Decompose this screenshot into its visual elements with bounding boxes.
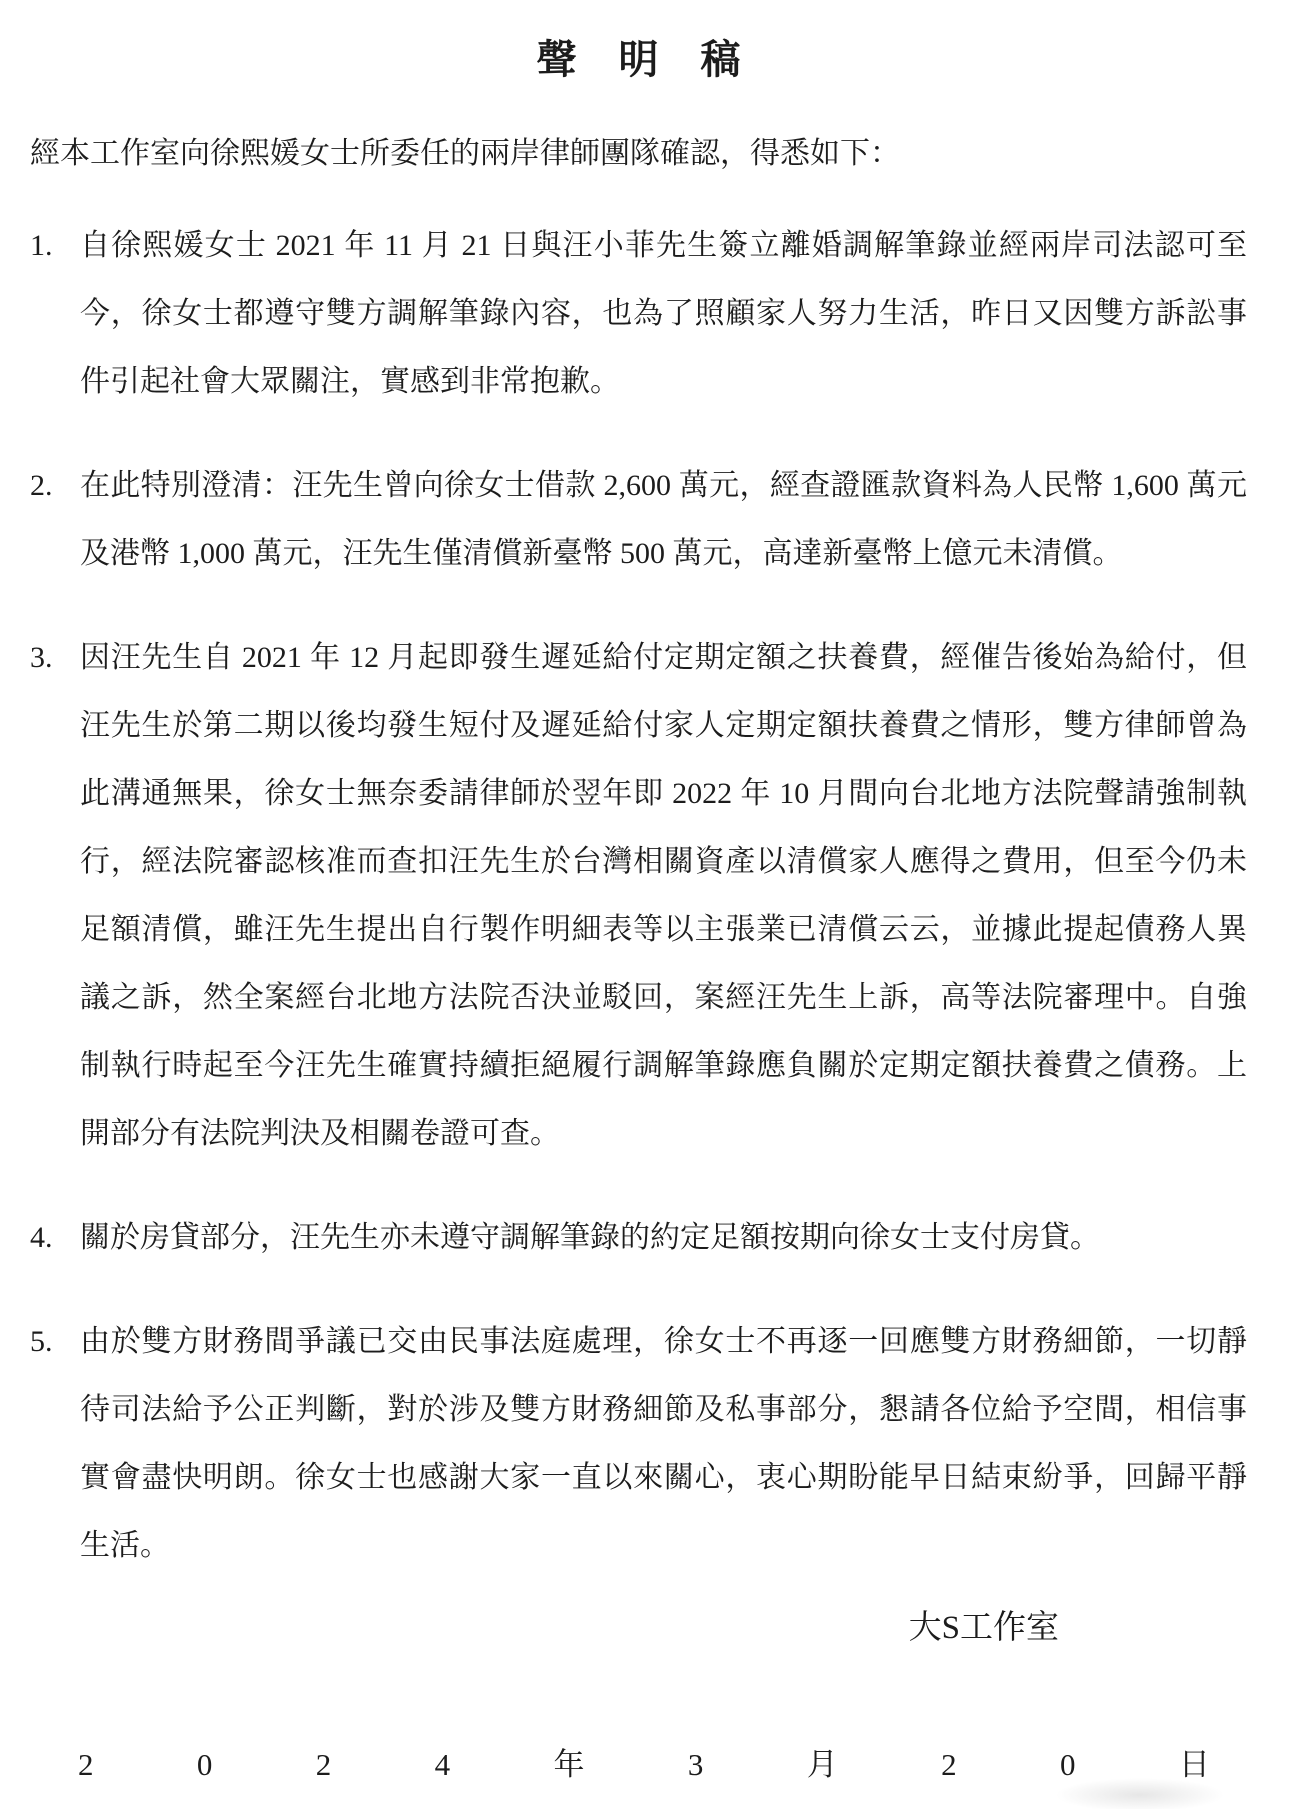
item-1-number: 1.: [30, 212, 53, 280]
item-1-text: 自徐熙媛女士 2021 年 11 月 21 日與汪小菲先生簽立離婚調解筆錄並經兩…: [80, 212, 1247, 416]
date-char: 4: [435, 1742, 451, 1788]
item-5-number: 5.: [30, 1308, 53, 1376]
date-char: 月: [807, 1742, 838, 1788]
statement-item-3: 3. 因汪先生自 2021 年 12 月起即發生遲延給付定期定額之扶養費，經催告…: [30, 624, 1247, 1168]
item-2-number: 2.: [30, 452, 53, 520]
item-4-text: 關於房貸部分，汪先生亦未遵守調解筆錄的約定足額按期向徐女士支付房貸。: [80, 1204, 1247, 1272]
item-3-number: 3.: [30, 624, 53, 692]
signature: 大S工作室: [30, 1604, 1247, 1652]
date-char: 0: [1060, 1742, 1076, 1788]
item-2-text: 在此特別澄清：汪先生曾向徐女士借款 2,600 萬元，經查證匯款資料為人民幣 1…: [80, 452, 1247, 588]
date-char: 3: [688, 1742, 704, 1788]
date-line: 2 0 2 4 年 3 月 2 0 日: [78, 1742, 1210, 1788]
intro-paragraph: 經本工作室向徐熙媛女士所委任的兩岸律師團隊確認，得悉如下：: [30, 132, 1247, 176]
statement-item-4: 4. 關於房貸部分，汪先生亦未遵守調解筆錄的約定足額按期向徐女士支付房貸。: [30, 1204, 1247, 1272]
item-3-text: 因汪先生自 2021 年 12 月起即發生遲延給付定期定額之扶養費，經催告後始為…: [80, 624, 1247, 1168]
date-char: 2: [78, 1742, 94, 1788]
statement-item-5: 5. 由於雙方財務間爭議已交由民事法庭處理，徐女士不再逐一回應雙方財務細節，一切…: [30, 1308, 1247, 1580]
document-title: 聲明稿: [30, 30, 1247, 90]
document-title-text: 聲明稿: [537, 37, 783, 82]
date-char: 2: [316, 1742, 332, 1788]
statement-document: 聲明稿 經本工作室向徐熙媛女士所委任的兩岸律師團隊確認，得悉如下： 1. 自徐熙…: [0, 0, 1290, 1809]
date-char: 0: [197, 1742, 213, 1788]
item-5-text: 由於雙方財務間爭議已交由民事法庭處理，徐女士不再逐一回應雙方財務細節，一切靜待司…: [80, 1308, 1247, 1580]
date-char: 年: [554, 1742, 585, 1788]
date-char: 2: [941, 1742, 957, 1788]
item-4-number: 4.: [30, 1204, 53, 1272]
statement-item-1: 1. 自徐熙媛女士 2021 年 11 月 21 日與汪小菲先生簽立離婚調解筆錄…: [30, 212, 1247, 416]
statement-items: 1. 自徐熙媛女士 2021 年 11 月 21 日與汪小菲先生簽立離婚調解筆錄…: [30, 212, 1247, 1580]
statement-item-2: 2. 在此特別澄清：汪先生曾向徐女士借款 2,600 萬元，經查證匯款資料為人民…: [30, 452, 1247, 588]
date-char: 日: [1179, 1742, 1210, 1788]
